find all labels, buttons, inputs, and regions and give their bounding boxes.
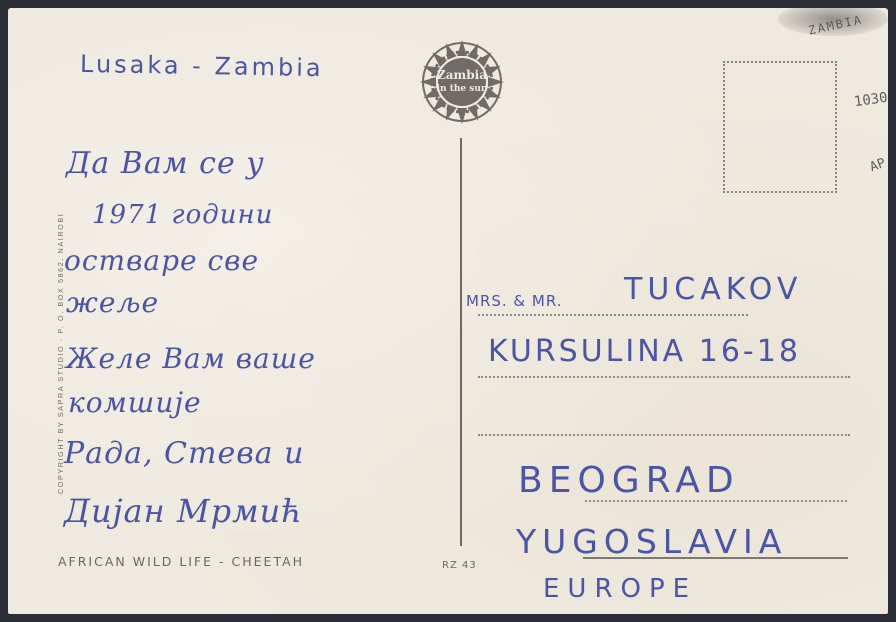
address-city: BEOGRAD (518, 460, 740, 501)
sun-emblem-icon (414, 34, 510, 130)
address-continent: EUROPE (543, 574, 697, 604)
divider-line (460, 138, 462, 546)
caption: AFRICAN WILD LIFE - CHEETAH (58, 554, 304, 569)
address-street: KURSULINA 16-18 (488, 334, 801, 369)
stamp-placeholder-box (723, 61, 837, 193)
address-line-2-rule (478, 376, 850, 378)
header-location: Lusaka - Zambia (80, 50, 324, 82)
address-prefix: MRS. & MR. (466, 292, 562, 310)
postmark-number: 1030 (853, 90, 888, 111)
emblem-text-line1: Zambia (414, 68, 510, 82)
message-line-3: остваре све (64, 244, 259, 277)
message-line-7: Рада, Стева и (64, 436, 304, 471)
message-line-8: Дијан Мрмић (64, 492, 303, 530)
message-line-4: жеље (66, 286, 159, 319)
message-line-6: комшије (68, 386, 202, 419)
address-name: TUCAKOV (624, 272, 802, 307)
address-country: YUGOSLAVIA (516, 522, 787, 561)
message-line-2: 1971 години (92, 200, 273, 230)
address-line-1-rule (478, 314, 748, 316)
address-line-3-rule (478, 434, 850, 436)
emblem-text-line2: in the sun (414, 84, 510, 94)
message-line-1: Да Вам се у (66, 146, 265, 181)
card-code: RZ 43 (442, 560, 477, 571)
postmark-side-text: AP (868, 156, 888, 175)
zambia-emblem: Zambia in the sun (414, 34, 510, 130)
postcard-back: Lusaka - Zambia (8, 8, 888, 614)
message-line-5: Желе Вам ваше (66, 342, 316, 375)
